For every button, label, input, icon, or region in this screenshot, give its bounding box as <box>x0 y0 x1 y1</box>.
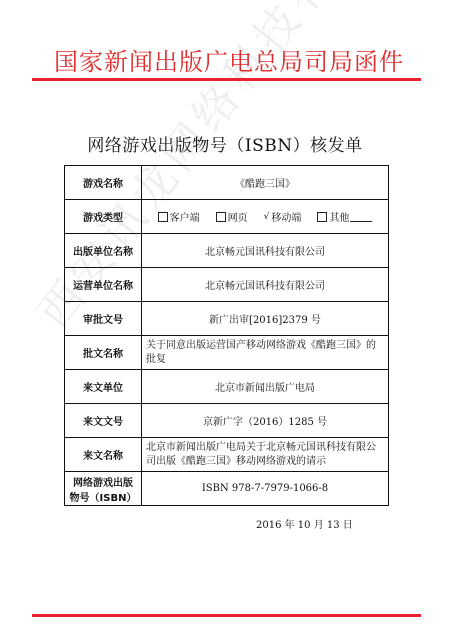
checkbox-empty-icon <box>158 212 168 222</box>
checkbox-empty-icon <box>317 212 327 222</box>
table-row: 出版单位名称 北京畅元国讯科技有限公司 <box>65 234 389 268</box>
table-row: 来文文号 京新广字（2016）1285 号 <box>65 404 389 438</box>
row-label: 网络游戏出版物号（ISBN） <box>65 472 142 506</box>
document-title: 网络游戏出版物号（ISBN）核发单 <box>0 131 450 156</box>
issue-date: 2016 年 10 月 13 日 <box>256 516 353 531</box>
approval-number-value: 新广出审[2016]2379 号 <box>142 302 389 336</box>
row-label: 来文单位 <box>65 370 142 404</box>
table-row: 运营单位名称 北京畅元国讯科技有限公司 <box>65 268 389 302</box>
table-row: 来文单位 北京市新闻出版广电局 <box>65 370 389 404</box>
row-label: 来文名称 <box>65 438 142 472</box>
game-name-value: 《酷跑三国》 <box>142 166 389 200</box>
letterhead-rule-bottom <box>32 614 421 617</box>
isbn-value: ISBN 978-7-7979-1066-8 <box>142 472 389 506</box>
request-title-value: 北京市新闻出版广电局关于北京畅元国讯科技有限公司出版《酷跑三国》移动网络游戏的请… <box>142 438 389 472</box>
table-row: 审批文号 新广出审[2016]2379 号 <box>65 302 389 336</box>
approval-title-value: 关于同意出版运营国产移动网络游戏《酷跑三国》的批复 <box>142 336 389 370</box>
type-option-web: 网页 <box>216 209 248 224</box>
request-unit-value: 北京市新闻出版广电局 <box>142 370 389 404</box>
row-label: 来文文号 <box>65 404 142 438</box>
table-row: 批文名称 关于同意出版运营国产移动网络游戏《酷跑三国》的批复 <box>65 336 389 370</box>
table-row: 来文名称 北京市新闻出版广电局关于北京畅元国讯科技有限公司出版《酷跑三国》移动网… <box>65 438 389 472</box>
row-label: 游戏类型 <box>65 200 142 234</box>
table-row: 游戏名称 《酷跑三国》 <box>65 166 389 200</box>
row-label: 审批文号 <box>65 302 142 336</box>
type-option-client: 客户端 <box>158 209 200 224</box>
table-row: 游戏类型 客户端 网页 √ 移动端 其他 <box>65 200 389 234</box>
request-number-value: 京新广字（2016）1285 号 <box>142 404 389 438</box>
letterhead-rule-top <box>32 78 421 81</box>
isbn-form-table: 游戏名称 《酷跑三国》 游戏类型 客户端 网页 √ 移动端 <box>64 165 389 506</box>
operator-value: 北京畅元国讯科技有限公司 <box>142 268 389 302</box>
table-row: 网络游戏出版物号（ISBN） ISBN 978-7-7979-1066-8 <box>65 472 389 506</box>
type-option-other: 其他 <box>317 209 372 224</box>
row-label: 批文名称 <box>65 336 142 370</box>
check-mark-icon: √ <box>264 212 270 222</box>
row-label: 游戏名称 <box>65 166 142 200</box>
blank-line <box>350 212 372 222</box>
letterhead-title: 国家新闻出版广电总局司局函件 <box>34 42 424 77</box>
game-type-options: 客户端 网页 √ 移动端 其他 <box>142 200 389 234</box>
publisher-value: 北京畅元国讯科技有限公司 <box>142 234 389 268</box>
checkbox-empty-icon <box>216 212 226 222</box>
type-option-mobile: √ 移动端 <box>264 209 302 224</box>
row-label: 出版单位名称 <box>65 234 142 268</box>
row-label: 运营单位名称 <box>65 268 142 302</box>
